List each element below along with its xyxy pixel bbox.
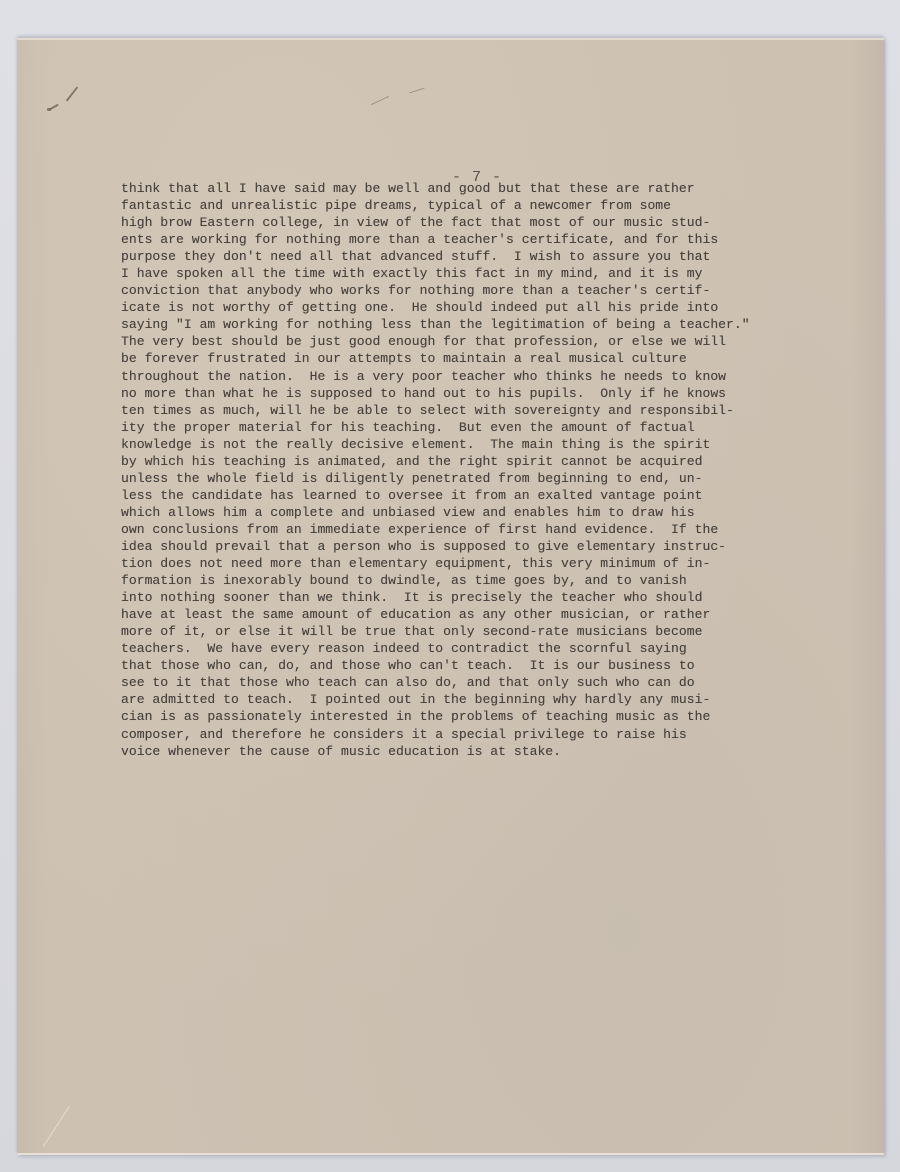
text-line: have at least the same amount of educati… xyxy=(121,606,841,623)
pencil-mark xyxy=(371,96,390,105)
text-line: formation is inexorably bound to dwindle… xyxy=(121,572,841,589)
text-line: that those who can, do, and those who ca… xyxy=(121,657,841,674)
text-line: tion does not need more than elementary … xyxy=(121,555,841,572)
text-line: icate is not worthy of getting one. He s… xyxy=(121,299,841,316)
page-top-edge xyxy=(17,38,884,40)
text-line: idea should prevail that a person who is… xyxy=(121,538,841,555)
ink-smudge-mark xyxy=(47,108,51,111)
text-line: cian is as passionately interested in th… xyxy=(121,708,841,725)
text-line: composer, and therefore he considers it … xyxy=(121,726,841,743)
text-line: into nothing sooner than we think. It is… xyxy=(121,589,841,606)
text-line: voice whenever the cause of music educat… xyxy=(121,743,841,760)
text-line: ity the proper material for his teaching… xyxy=(121,419,841,436)
text-line: by which his teaching is animated, and t… xyxy=(121,453,841,470)
typewritten-page: - 7 - think that all I have said may be … xyxy=(17,38,884,1155)
text-line: see to it that those who teach can also … xyxy=(121,674,841,691)
text-line: own conclusions from an immediate experi… xyxy=(121,521,841,538)
text-line: throughout the nation. He is a very poor… xyxy=(121,368,841,385)
text-line: purpose they don't need all that advance… xyxy=(121,248,841,265)
ink-smudge-mark xyxy=(66,86,79,101)
text-line: no more than what he is supposed to hand… xyxy=(121,385,841,402)
text-line: which allows him a complete and unbiased… xyxy=(121,504,841,521)
text-line: ten times as much, will he be able to se… xyxy=(121,402,841,419)
text-line: I have spoken all the time with exactly … xyxy=(121,265,841,282)
body-paragraph: think that all I have said may be well a… xyxy=(121,180,841,760)
pencil-mark xyxy=(409,88,425,94)
text-line: conviction that anybody who works for no… xyxy=(121,282,841,299)
paper-crease xyxy=(43,1106,70,1147)
text-line: The very best should be just good enough… xyxy=(121,333,841,350)
text-line: teachers. We have every reason indeed to… xyxy=(121,640,841,657)
text-line: high brow Eastern college, in view of th… xyxy=(121,214,841,231)
text-line: fantastic and unrealistic pipe dreams, t… xyxy=(121,197,841,214)
text-line: knowledge is not the really decisive ele… xyxy=(121,436,841,453)
text-line: more of it, or else it will be true that… xyxy=(121,623,841,640)
text-line: think that all I have said may be well a… xyxy=(121,180,841,197)
text-line: unless the whole field is diligently pen… xyxy=(121,470,841,487)
page-bottom-edge xyxy=(17,1153,884,1155)
text-line: less the candidate has learned to overse… xyxy=(121,487,841,504)
text-line: be forever frustrated in our attempts to… xyxy=(121,350,841,367)
text-line: saying "I am working for nothing less th… xyxy=(121,316,841,333)
text-line: ents are working for nothing more than a… xyxy=(121,231,841,248)
text-line: are admitted to teach. I pointed out in … xyxy=(121,691,841,708)
